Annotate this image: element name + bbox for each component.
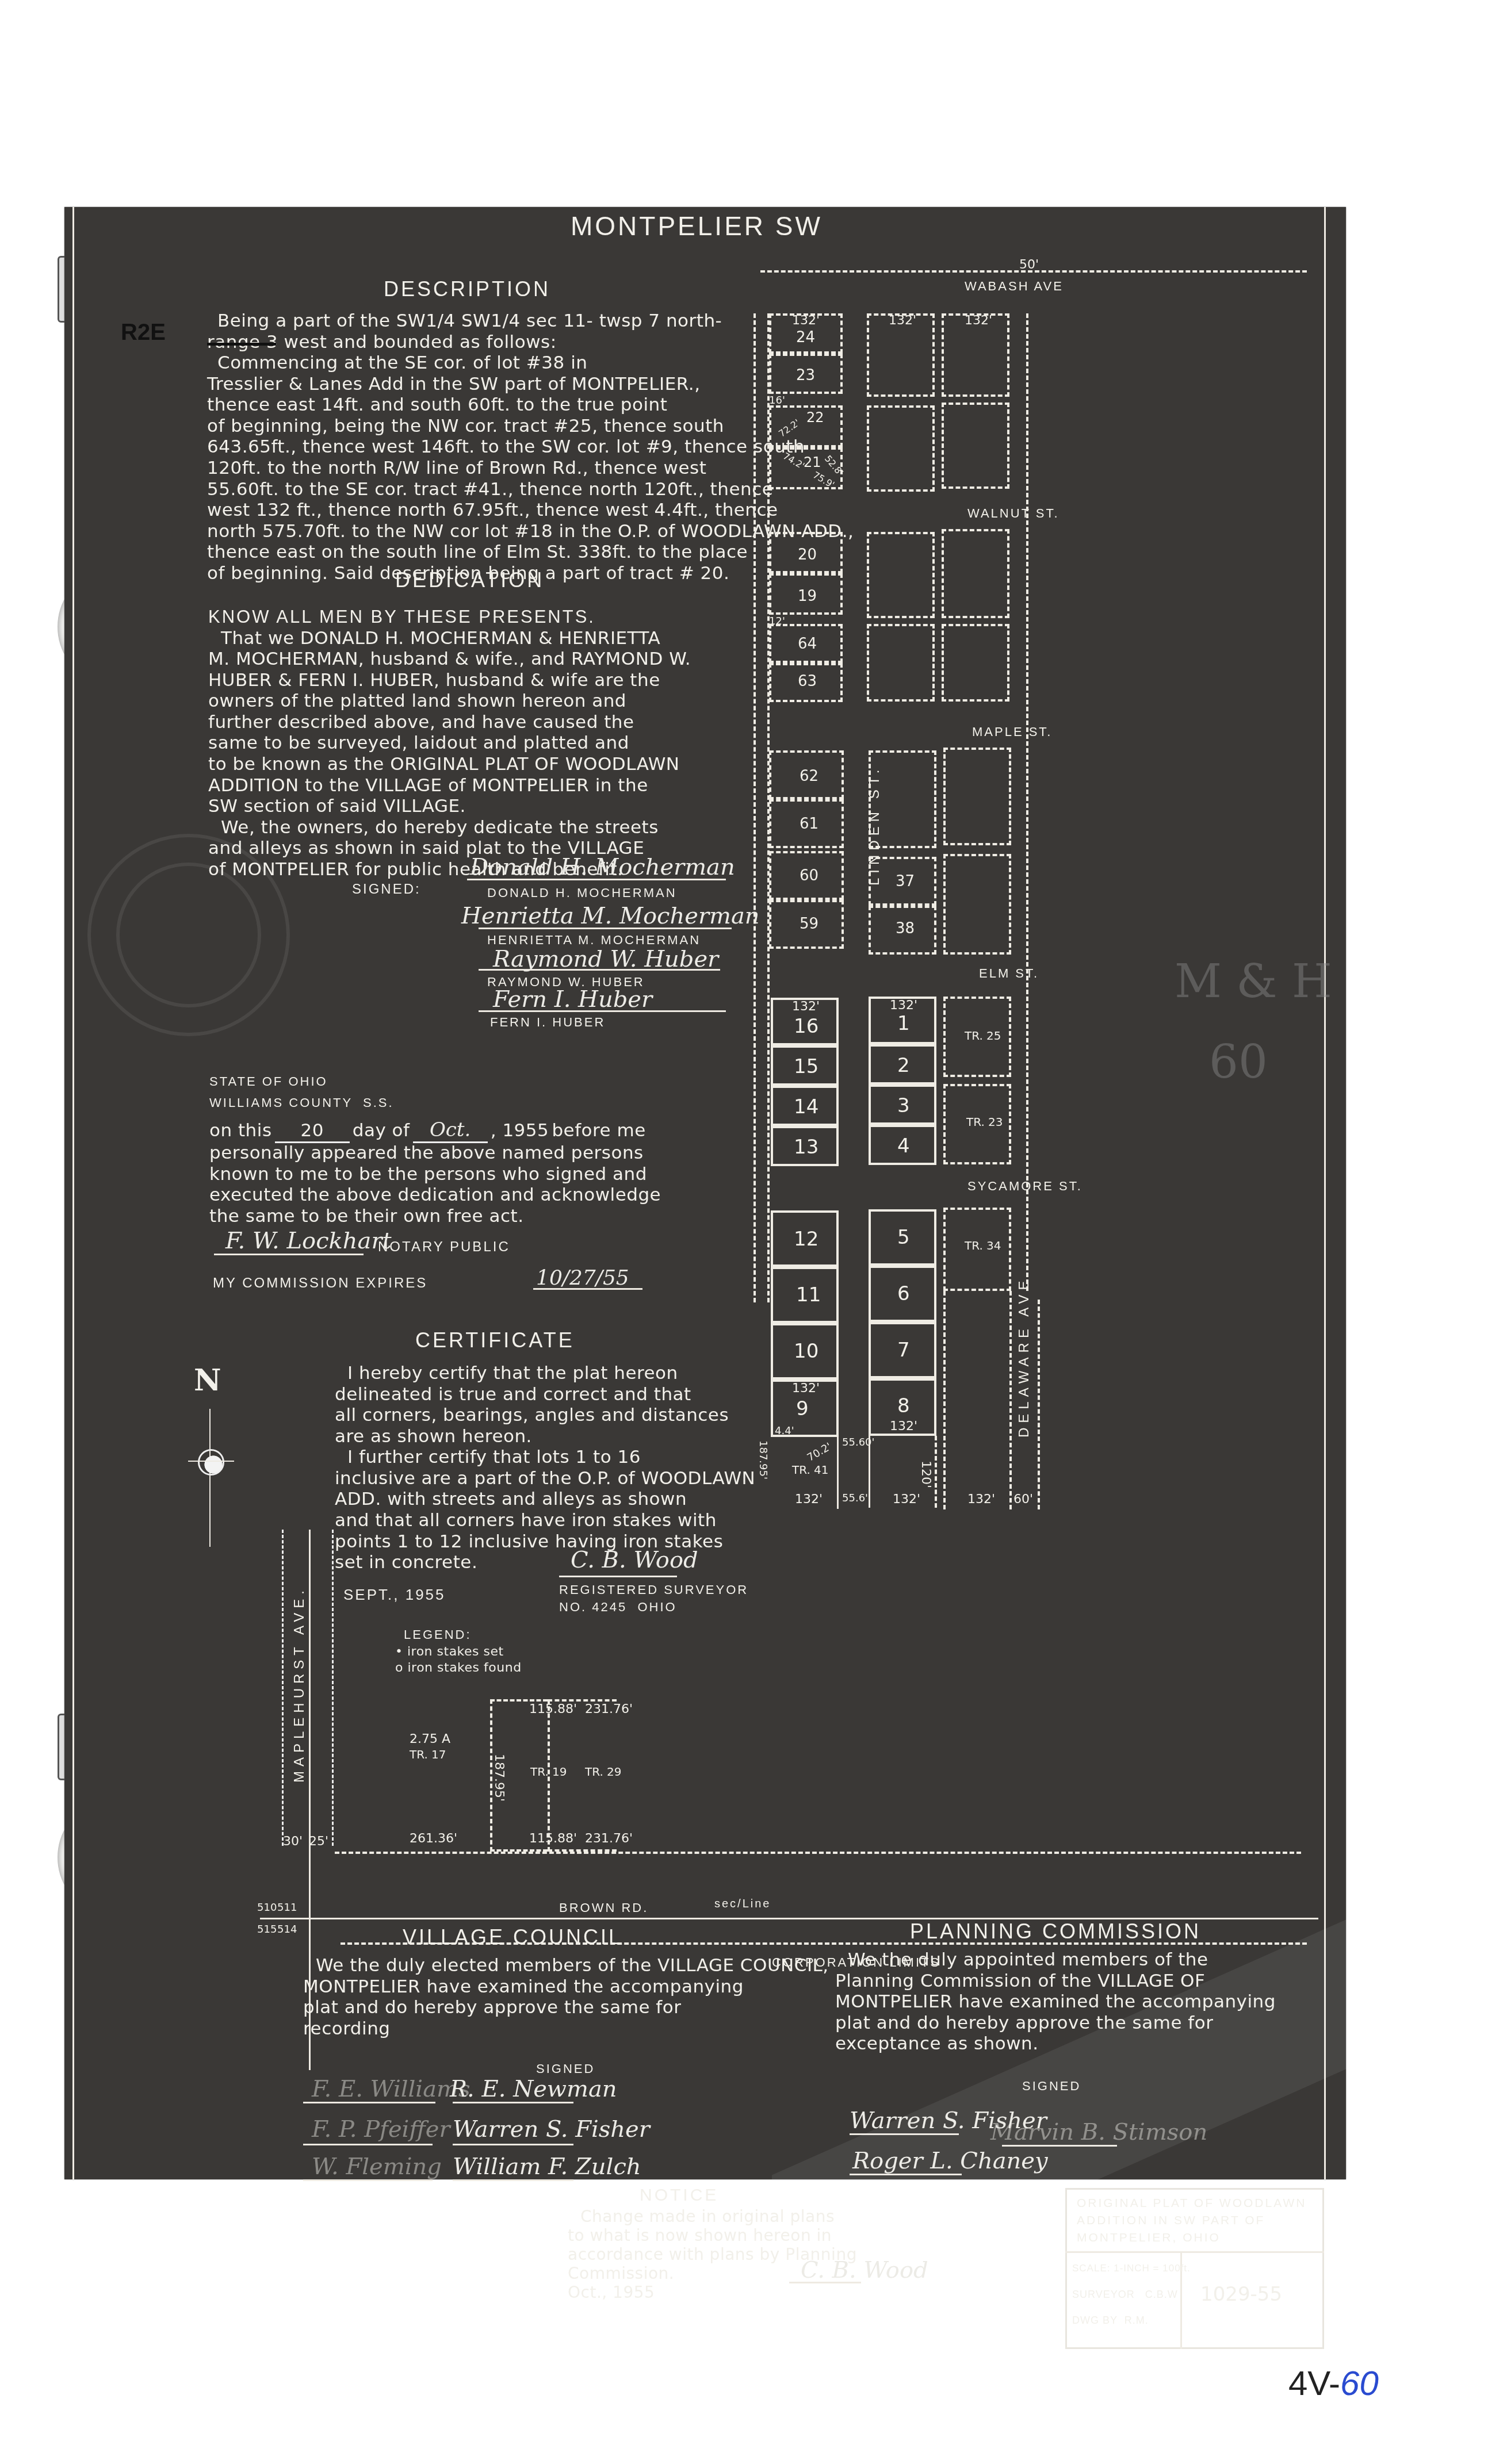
notary-signature-line [214, 1254, 364, 1255]
dedication-heading: DEDICATION [395, 568, 544, 592]
section-515: 515 [257, 1923, 277, 1936]
alley-16: 16' [769, 394, 785, 407]
certificate-line: ADD. with streets and alleys as shown [335, 1489, 755, 1510]
block-east-1-front: 132' [965, 313, 992, 328]
notary-ack-prefix: on this [209, 1120, 272, 1141]
lot-number-12: 12 [794, 1228, 818, 1251]
commission-date: 10/27/55 [536, 1266, 629, 1290]
dim-30: 30' [283, 1834, 303, 1849]
block-east-2 [942, 403, 1009, 489]
strikethrough-mark [207, 343, 276, 346]
sheet-border-right [1324, 207, 1326, 2179]
watermark-mh: M & H [1175, 955, 1332, 1009]
dedication-line: further described above, and have caused… [208, 712, 691, 733]
owner-printed-name: DONALD H. MOCHERMAN [487, 886, 677, 900]
dim-132-bottom-mid: 132' [893, 1492, 920, 1507]
title-block-divider [1065, 2251, 1324, 2253]
dim-231-76-bottom: 231.76' [585, 1831, 633, 1846]
lot-number-2: 2 [897, 1054, 910, 1077]
lot-number-10: 10 [794, 1340, 818, 1363]
council-signature: Warren S. Fisher [453, 2116, 650, 2143]
tract-41-east-line [837, 1437, 839, 1509]
notary-line: personally appeared the above named pers… [209, 1143, 661, 1164]
surveyor-number: NO. 4245 OHIO [559, 1600, 677, 1615]
tract-17-area: 2.75 A [410, 1732, 450, 1747]
watermark-60: 60 [1209, 1035, 1268, 1089]
north-arrow-shaft [209, 1409, 211, 1547]
village-council-line: recording [303, 2018, 816, 2040]
village-council-body: We the duly elected members of the VILLA… [303, 1955, 816, 2039]
lot-number-24: 24 [796, 329, 815, 346]
lot-number-61: 61 [800, 815, 818, 833]
corner-reference: 4V-60 [1288, 2363, 1379, 2403]
east-road-line [1026, 313, 1030, 1291]
legend-label: iron stakes set [407, 1645, 504, 1659]
notice-heading: NOTICE [640, 2185, 718, 2205]
dim-187-95-left: 187.95' [492, 1754, 506, 1802]
title-block-line: ORIGINAL PLAT OF WOODLAWN [1077, 2197, 1306, 2211]
sheet-border-left [72, 207, 74, 2179]
delaware-east-line [1038, 1300, 1042, 1509]
tract-25-label: TR. 25 [965, 1029, 1001, 1043]
notary-body: personally appeared the above named pers… [209, 1143, 661, 1227]
lot-22 [769, 405, 843, 447]
surveyor-signature-line [559, 1576, 677, 1577]
block-east-3 [942, 529, 1009, 618]
plat-sheet: MONTPELIER SW R2E DESCRIPTION Being a pa… [64, 207, 1346, 2179]
section-511: 511 [277, 1902, 297, 1914]
planning-line: We the duly appointed members of the [848, 1949, 1288, 1971]
dim-261-36: 261.36' [410, 1831, 457, 1846]
commission-date-line [533, 1288, 642, 1290]
maplehurst-line-1 [282, 1530, 285, 1846]
compass-icon [198, 1449, 224, 1476]
section-514: 514 [277, 1923, 297, 1936]
dedication-body: KNOW ALL MEN BY THESE PRESENTS. That we … [208, 607, 691, 880]
certificate-line: and that all corners have iron stakes wi… [335, 1510, 755, 1531]
lot-number-63: 63 [798, 673, 817, 690]
signature-line [467, 879, 726, 880]
block-east-5 [943, 748, 1011, 845]
lot-8-back: 132' [890, 1419, 917, 1434]
legend-item-found: o iron stakes found [395, 1661, 522, 1676]
lot-number-16: 16 [794, 1015, 818, 1038]
notary-year: , 1955 [491, 1120, 549, 1141]
legend-item-set: • iron stakes set [395, 1645, 504, 1660]
lot-number-1: 1 [897, 1012, 910, 1035]
notary-ack-line: on this 20 day of Oct. , 1955 before me [209, 1118, 646, 1143]
page-title: MONTPELIER SW [571, 210, 823, 242]
street-walnut-st: WALNUT ST. [967, 506, 1060, 521]
block-middle-5 [869, 750, 936, 848]
lot-number-38: 38 [896, 920, 915, 937]
owners-signed-label: SIGNED: [352, 882, 421, 898]
dim-4-4: 4.4' [775, 1425, 794, 1437]
stake-found-icon: o [395, 1661, 403, 1675]
tract-east-line [943, 1291, 947, 1509]
certificate-body: I hereby certify that the plat hereon de… [335, 1363, 755, 1573]
maplehurst-line-3 [332, 1530, 335, 1846]
certificate-line: I further certify that lots 1 to 16 [347, 1447, 768, 1468]
title-block-surveyor: SURVEYOR C.B.W [1072, 2289, 1178, 2301]
signature-line [479, 928, 732, 929]
dim-25: 25' [309, 1834, 328, 1849]
surveyor-title: REGISTERED SURVEYOR [559, 1582, 748, 1597]
notary-signature: F. W. Lockhart [225, 1228, 392, 1255]
notary-line: the same to be their own free act. [209, 1206, 661, 1227]
council-signature: William F. Zulch [453, 2153, 641, 2181]
notice-line: to what is now shown hereon in [568, 2226, 857, 2245]
tract-41-label: TR. 41 [792, 1463, 829, 1477]
certificate-line: I hereby certify that the plat hereon [347, 1363, 768, 1384]
certificate-line: are as shown hereon. [335, 1426, 755, 1447]
dim-115-88-top: 115.88' [529, 1702, 577, 1716]
dedication-line: HUBER & FERN I. HUBER, husband & wife ar… [208, 670, 691, 691]
dedication-line: KNOW ALL MEN BY THESE PRESENTS. [208, 607, 691, 628]
delaware-west-line [1009, 1291, 1013, 1509]
notice-signature-line [789, 2282, 861, 2283]
dim-132-bottom-west: 132' [795, 1492, 823, 1507]
notary-day-of: day of [353, 1120, 410, 1141]
corner-ref-suffix: 60 [1340, 2364, 1379, 2402]
block-middle-3 [867, 532, 935, 618]
signature-line [479, 969, 720, 971]
lot-number-64: 64 [798, 635, 817, 653]
lot-8-south-west-line [869, 1436, 870, 1508]
tract-34-label: TR. 34 [965, 1239, 1001, 1253]
street-maplehurst: MAPLEHURST AVE. [292, 1586, 308, 1783]
dedication-line: We, the owners, do hereby dedicate the s… [221, 817, 703, 838]
dedication-line: SW section of said VILLAGE. [208, 796, 691, 817]
lot-number-5: 5 [897, 1226, 910, 1249]
owner-signature: Fern I. Huber [493, 986, 652, 1013]
lot-number-11: 11 [796, 1283, 821, 1306]
lot-number-13: 13 [794, 1136, 818, 1159]
lot-24-front: 132' [792, 313, 820, 328]
lot-number-3: 3 [897, 1094, 910, 1117]
dim-70-2: 70.2' [805, 1440, 833, 1464]
street-delaware-ave: DELAWARE AVE. [1016, 1268, 1032, 1438]
lot-number-37: 37 [896, 873, 915, 890]
village-council-signed-label: SIGNED [536, 2061, 595, 2076]
title-block-number: 1029-55 [1200, 2283, 1282, 2306]
council-signature: W. Fleming [312, 2153, 442, 2181]
owner-signature: Donald H. Mocherman [470, 854, 735, 881]
lot-number-7: 7 [897, 1339, 910, 1362]
title-block-line: ADDITION IN SW PART OF [1077, 2214, 1265, 2228]
notary-county: WILLIAMS COUNTY S.S. [209, 1095, 394, 1110]
lot-number-59: 59 [800, 915, 818, 933]
owner-printed-name: FERN I. HUBER [490, 1015, 605, 1030]
title-block-line: MONTPELIER, OHIO [1077, 2231, 1221, 2245]
street-sycamore-st: SYCAMORE ST. [967, 1179, 1083, 1194]
section-line-label: sec/Line [714, 1898, 771, 1911]
notice-signature: C. B. Wood [801, 2257, 928, 2284]
surveyor-signature: C. B. Wood [571, 1547, 698, 1574]
council-signature-line [453, 2179, 573, 2181]
notary-seal-inner [116, 863, 261, 1007]
alley-west-line [753, 313, 758, 1302]
notary-state: STATE OF OHIO [209, 1074, 328, 1089]
street-maple-st: MAPLE ST. [972, 725, 1052, 739]
lot-number-23: 23 [796, 367, 815, 384]
lot-number-20: 20 [798, 546, 817, 564]
certificate-line: inclusive are a part of the O.P. of WOOD… [335, 1468, 755, 1489]
street-brown-rd: BROWN RD. [559, 1900, 648, 1915]
lot-number-19: 19 [798, 588, 817, 605]
dedication-line: to be known as the ORIGINAL PLAT OF WOOD… [208, 754, 691, 775]
block-east-4 [942, 624, 1009, 702]
council-signature: F. P. Pfeiffer [312, 2116, 450, 2143]
legend-label: iron stakes found [407, 1661, 521, 1675]
lot-number-15: 15 [794, 1055, 818, 1078]
block-east-6 [943, 854, 1011, 955]
certificate-date: SEPT., 1955 [343, 1586, 446, 1604]
tract-17-label: TR. 17 [410, 1748, 446, 1762]
village-council-line: MONTPELIER have examined the accompanyin… [303, 1976, 816, 1998]
village-council-line: plat and do hereby approve the same for [303, 1997, 816, 2018]
dim-187-95-right: 187.95' [757, 1440, 769, 1480]
description-heading: DESCRIPTION [384, 277, 550, 301]
notice-body: Change made in original plans to what is… [568, 2207, 857, 2302]
lot-number-14: 14 [794, 1095, 818, 1118]
dim-60-bottom-east: 60' [1013, 1492, 1033, 1507]
margin-note: R2E [121, 319, 166, 346]
dedication-line: That we DONALD H. MOCHERMAN & HENRIETTA [221, 628, 703, 649]
council-signature-line [303, 2144, 433, 2145]
certificate-line: delineated is true and correct and that [335, 1384, 755, 1405]
planning-commission-heading: PLANNING COMMISSION [910, 1919, 1201, 1944]
block-middle-1-front: 132' [889, 313, 916, 328]
notice-line: Change made in original plans [580, 2207, 870, 2226]
lot-number-9: 9 [796, 1397, 809, 1420]
council-signature-line [303, 2179, 433, 2181]
council-signature: R. E. Newman [450, 2076, 617, 2103]
notary-ack-suffix: before me [552, 1120, 645, 1141]
notary-day: 20 [275, 1120, 350, 1143]
wabash-width: 50' [1019, 258, 1039, 272]
lot-16-front: 132' [792, 999, 820, 1014]
dedication-line: owners of the platted land shown hereon … [208, 691, 691, 712]
lot-number-4: 4 [897, 1135, 910, 1158]
notary-line: executed the above dedication and acknow… [209, 1185, 661, 1206]
lot-number-60: 60 [800, 867, 818, 884]
lot-number-22: 22 [806, 409, 824, 426]
village-council-line: We the duly elected members of the VILLA… [316, 1955, 829, 1976]
council-signature: F. E. Williams [312, 2076, 470, 2103]
dim-231-76-top: 231.76' [585, 1702, 633, 1716]
dim-115-88-bottom: 115.88' [529, 1831, 577, 1846]
certificate-line: all corners, bearings, angles and distan… [335, 1405, 755, 1426]
street-wabash-ave: WABASH AVE [965, 279, 1064, 294]
tract-29-label: TR. 29 [585, 1765, 622, 1779]
title-block-scale: SCALE: 1-INCH = 100ft. [1072, 2263, 1191, 2274]
dedication-line: ADDITION to the VILLAGE of MONTPELIER in… [208, 775, 691, 796]
legend-heading: LEGEND: [404, 1627, 472, 1642]
commission-label: MY COMMISSION EXPIRES [213, 1275, 427, 1292]
tract-23-label: TR. 23 [966, 1116, 1003, 1129]
stake-set-icon: • [395, 1645, 403, 1659]
council-signature-line [453, 2102, 573, 2103]
notice-date: Oct., 1955 [568, 2283, 857, 2302]
lot-8-south-east-line [935, 1436, 939, 1508]
owner-signature: Henrietta M. Mocherman [461, 903, 760, 930]
lot-number-6: 6 [897, 1282, 910, 1305]
corner-ref-prefix: 4V- [1288, 2364, 1340, 2402]
lot-number-62: 62 [800, 768, 818, 785]
dedication-line: same to be surveyed, laidout and platted… [208, 733, 691, 754]
lot-line-south [335, 1852, 1301, 1854]
title-block-drawn-by: DWG BY R.M. [1072, 2314, 1149, 2327]
village-council-heading: VILLAGE COUNCIL [403, 1925, 622, 1949]
certificate-heading: CERTIFICATE [415, 1328, 575, 1352]
council-signature-line [303, 2102, 435, 2103]
tract-19-label: TR. 19 [530, 1765, 567, 1779]
dim-120: 120' [919, 1461, 933, 1488]
dim-55-6: 55.6' [842, 1492, 868, 1504]
north-arrow-letter: N [194, 1363, 221, 1398]
signature-line [479, 1010, 726, 1012]
block-middle-4 [867, 624, 935, 702]
notary-role: NOTARY PUBLIC [378, 1239, 510, 1255]
dim-132-bottom-east: 132' [967, 1492, 995, 1507]
notary-line: known to me to be the persons who signed… [209, 1164, 661, 1185]
notary-month: Oct. [413, 1118, 488, 1143]
lot-9-front: 132' [792, 1381, 820, 1396]
compass-crossbar [188, 1461, 234, 1462]
section-510: 510 [257, 1902, 277, 1914]
dedication-line: M. MOCHERMAN, husband & wife., and RAYMO… [208, 649, 691, 670]
lot-number-8: 8 [897, 1394, 910, 1417]
lot-1-front: 132' [890, 998, 917, 1013]
council-signature-line [453, 2144, 573, 2145]
block-middle-2 [867, 405, 935, 492]
